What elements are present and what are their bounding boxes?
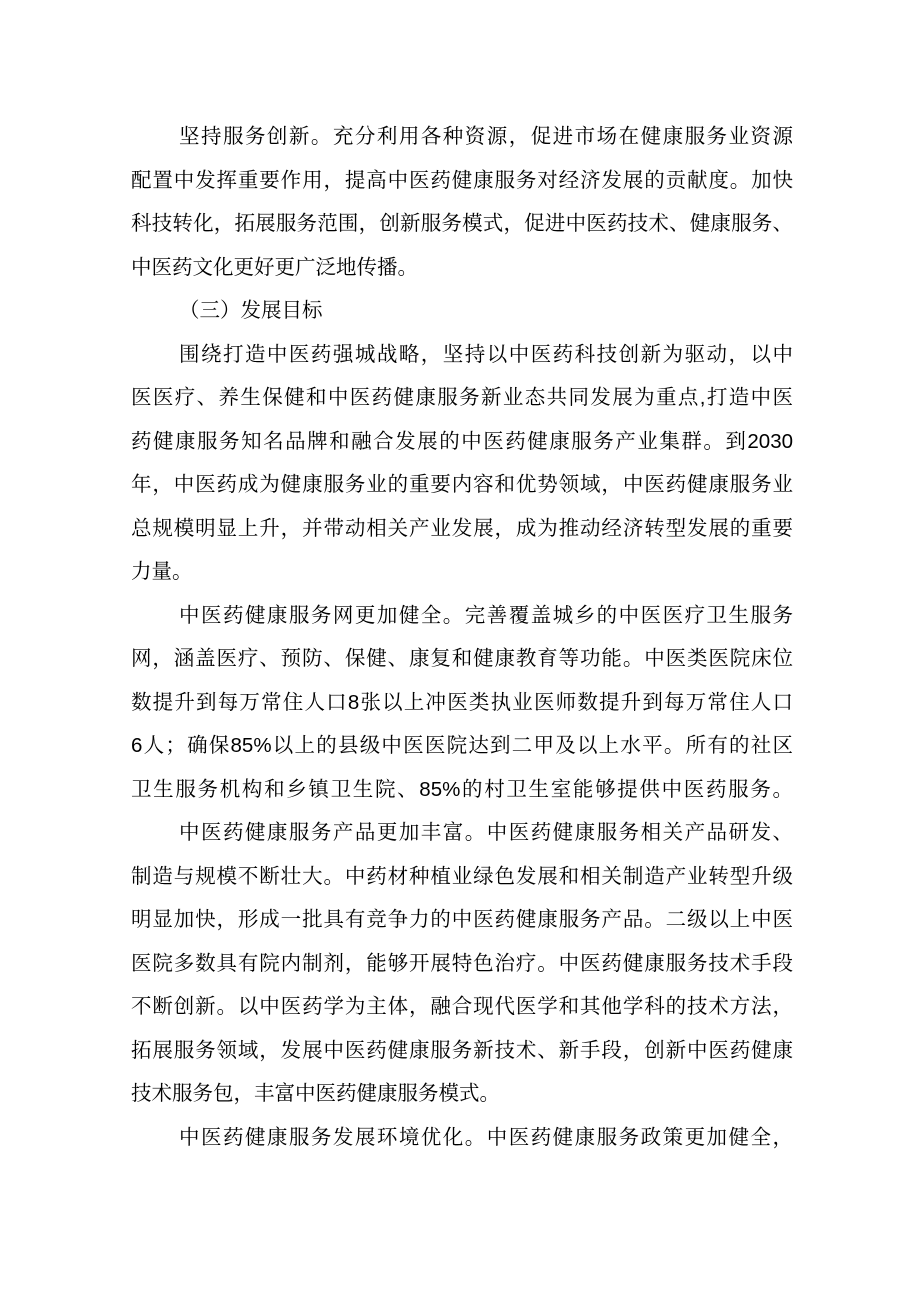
text-line: 配置中发挥重要作用，提高中医药健康服务对经济发展的贡献度。加快 [131,159,793,203]
text-line: 药健康服务知名品牌和融合发展的中医药健康服务产业集群。到2030 [131,420,793,464]
document-text-block: 坚持服务创新。充分利用各种资源，促进市场在健康服务业资源配置中发挥重要作用，提高… [131,115,793,1159]
text-line: 中医药健康服务产品更加丰富。中医药健康服务相关产品研发、 [131,811,793,855]
text-line: 制造与规模不断壮大。中药材种植业绿色发展和相关制造产业转型升级 [131,855,793,899]
text-line: 医医疗、养生保健和中医药健康服务新业态共同发展为重点,打造中医 [131,376,793,420]
text-line: 拓展服务领域，发展中医药健康服务新技术、新手段，创新中医药健康 [131,1029,793,1073]
text-line: 不断创新。以中医药学为主体，融合现代医学和其他学科的技术方法， [131,985,793,1029]
text-line: 总规模明显上升，并带动相关产业发展，成为推动经济转型发展的重要 [131,507,793,551]
text-line: 6人；确保85%以上的县级中医医院达到二甲及以上水平。所有的社区 [131,724,793,768]
text-line: 数提升到每万常住人口8张以上冲医类执业医师数提升到每万常住人口 [131,681,793,725]
text-line: 明显加快，形成一批具有竞争力的中医药健康服务产品。二级以上中医 [131,898,793,942]
text-line: 网，涵盖医疗、预防、保健、康复和健康教育等功能。中医类医院床位 [131,637,793,681]
text-line: 中医药健康服务发展环境优化。中医药健康服务政策更加健全， [131,1116,793,1160]
document-page: 坚持服务创新。充分利用各种资源，促进市场在健康服务业资源配置中发挥重要作用，提高… [0,0,920,1301]
text-line: 卫生服务机构和乡镇卫生院、85%的村卫生室能够提供中医药服务。 [131,768,793,812]
text-line: 医院多数具有院内制剂，能够开展特色治疗。中医药健康服务技术手段 [131,942,793,986]
text-line: 力量。 [131,550,793,594]
text-line: （三）发展目标 [131,289,793,333]
text-line: 年，中医药成为健康服务业的重要内容和优势领域，中医药健康服务业 [131,463,793,507]
text-line: 中医药文化更好更广泛地传播。 [131,246,793,290]
text-line: 中医药健康服务网更加健全。完善覆盖城乡的中医医疗卫生服务 [131,594,793,638]
text-line: 科技转化，拓展服务范围，创新服务模式，促进中医药技术、健康服务、 [131,202,793,246]
text-line: 围绕打造中医药强城战略，坚持以中医药科技创新为驱动，以中 [131,333,793,377]
text-line: 技术服务包，丰富中医药健康服务模式。 [131,1072,793,1116]
text-line: 坚持服务创新。充分利用各种资源，促进市场在健康服务业资源 [131,115,793,159]
